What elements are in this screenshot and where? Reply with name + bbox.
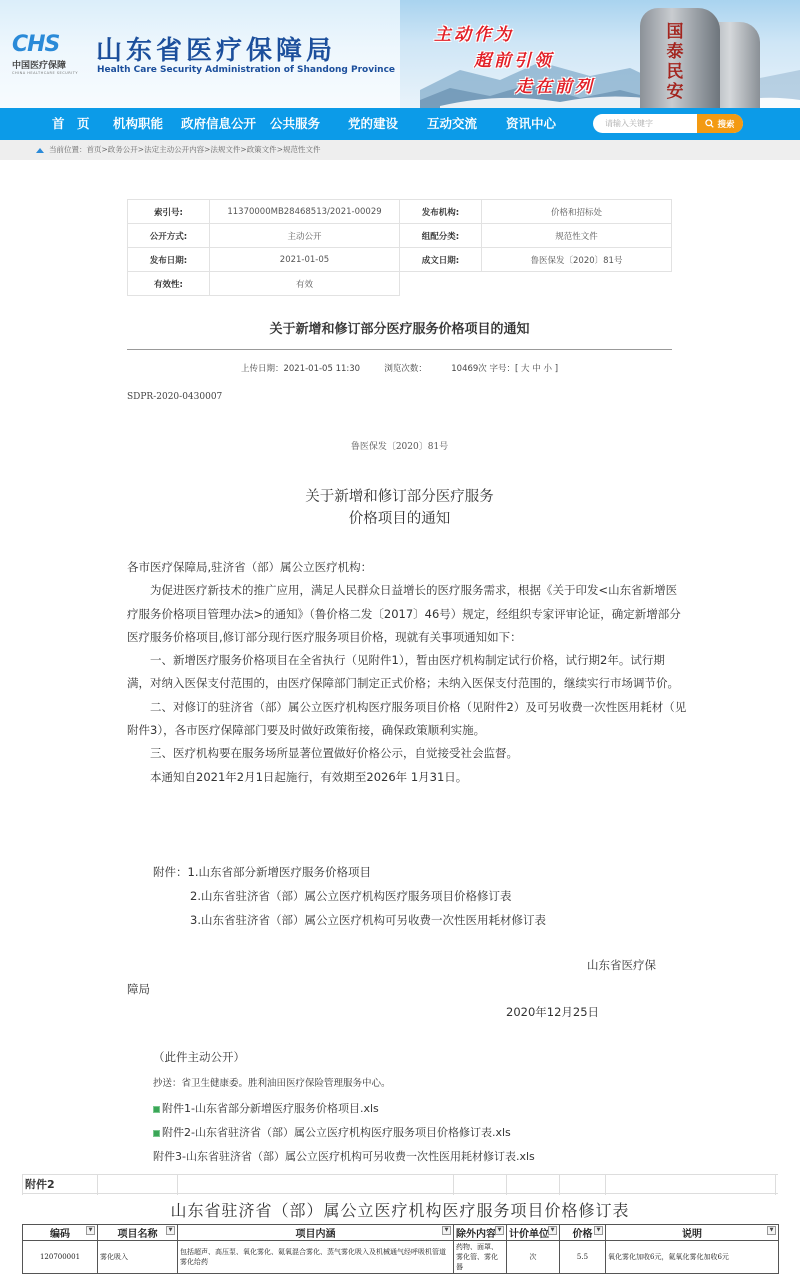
cell-content: 包括超声、高压泵、氧化雾化、氦氧混合雾化、蒸气雾化吸入及机械通气经呼吸机管道雾化… (178, 1241, 454, 1274)
article-body: 各市医疗保障局,驻济省（部）属公立医疗机构： 为促进医疗新技术的推广应用，满足人… (127, 556, 687, 789)
nav-item-party[interactable]: 党的建设 (348, 108, 398, 140)
info-value: 鲁医保发〔2020〕81号 (482, 248, 672, 272)
breadcrumb-gov-affairs[interactable]: 政务公开 (108, 140, 138, 160)
info-key: 成文日期: (400, 248, 482, 272)
search-button-label: 搜索 (717, 118, 734, 130)
info-value: 有效 (210, 272, 400, 296)
filter-dropdown-icon[interactable]: ▼ (86, 1226, 95, 1235)
grid-line (22, 1175, 23, 1195)
search-input[interactable] (593, 114, 697, 133)
filter-dropdown-icon[interactable]: ▼ (767, 1226, 776, 1235)
column-header-content: 项目内涵▼ (178, 1225, 454, 1241)
search-button[interactable]: 搜索 (697, 114, 743, 133)
document-heading: 关于新增和修订部分医疗服务 价格项目的通知 (127, 486, 672, 530)
file-link-label: 附件2-山东省驻济省（部）属公立医疗机构医疗服务项目价格修订表.xls (162, 1121, 511, 1145)
slogan-line-3: 走在前列 (515, 72, 595, 97)
table-row: 120700001 雾化吸入 包括超声、高压泵、氧化雾化、氦氧混合雾化、蒸气雾化… (23, 1241, 779, 1274)
xls-icon (153, 1130, 160, 1137)
file-downloads: 附件1-山东省部分新增医疗服务价格项目.xls 附件2-山东省驻济省（部）属公立… (153, 1097, 535, 1169)
table-header-row: 编码▼ 项目名称▼ 项目内涵▼ 除外内容▼ 计价单位▼ 价格▼ 说明▼ (23, 1225, 779, 1241)
font-size-medium-button[interactable]: 中 (532, 364, 541, 374)
info-value: 主动公开 (210, 224, 400, 248)
info-value: 11370000MB28468513/2021-00029 (210, 200, 400, 224)
xls-icon (153, 1106, 160, 1113)
logo-cn-text: 中国医疗保障 (12, 58, 80, 71)
breadcrumb-policy-docs[interactable]: 政策文件 (247, 140, 277, 160)
upload-date-value: 2021-01-05 11:30 (283, 364, 360, 374)
sheet-title: 山东省驻济省（部）属公立医疗机构医疗服务项目价格修订表 (22, 1198, 778, 1221)
paragraph: 一、新增医疗服务价格项目在全省执行（见附件1），暂由医疗机构制定试行价格，试行期… (127, 649, 687, 696)
column-header-code: 编码▼ (23, 1225, 98, 1241)
column-header-unit: 计价单位▼ (507, 1225, 560, 1241)
logo-mark: CHS (12, 34, 80, 56)
document-info-table: 索引号: 11370000MB28468513/2021-00029 发布机构:… (127, 199, 672, 296)
cc-line: 抄送：省卫生健康委。胜利油田医疗保险管理服务中心。 (153, 1075, 391, 1089)
info-row: 有效性: 有效 (128, 272, 672, 296)
sheet-attachment-label: 附件2 (25, 1176, 55, 1192)
info-value: 2021-01-05 (210, 248, 400, 272)
page-title: 关于新增和修订部分医疗服务价格项目的通知 (127, 318, 672, 337)
column-header-name: 项目名称▼ (98, 1225, 178, 1241)
salutation: 各市医疗保障局,驻济省（部）属公立医疗机构： (127, 556, 687, 579)
title-divider (127, 349, 672, 350)
chs-logo[interactable]: CHS 中国医疗保障 CHINA HEALTHCARE SECURITY (12, 34, 80, 76)
attachments-label: 附件： (153, 865, 188, 879)
breadcrumb-normative-docs[interactable]: 规范性文件 (283, 140, 321, 160)
breadcrumb: 当前位置： 首页 > 政务公开 > 法定主动公开内容 > 法规文件 > 政策文件… (36, 140, 320, 160)
filter-dropdown-icon[interactable]: ▼ (495, 1226, 504, 1235)
grid-line (97, 1175, 98, 1195)
sheet-grid-row (22, 1174, 778, 1194)
grid-line (506, 1175, 507, 1195)
column-header-note: 说明▼ (606, 1225, 779, 1241)
cell-code: 120700001 (23, 1241, 98, 1274)
info-key: 组配分类: (400, 224, 482, 248)
attachment-title: 1.山东省部分新增医疗服务价格项目 (188, 865, 371, 879)
logo-en-text: CHINA HEALTHCARE SECURITY (12, 71, 80, 75)
column-header-excluded: 除外内容▼ (454, 1225, 507, 1241)
site-subtitle: Health Care Security Administration of S… (97, 65, 395, 75)
upload-date-label: 上传日期： (241, 364, 284, 374)
info-value: 价格和招标处 (482, 200, 672, 224)
cell-excluded: 药物、面罩、雾化管、雾化器 (454, 1241, 507, 1274)
cell-name: 雾化吸入 (98, 1241, 178, 1274)
file-link-attachment-3[interactable]: 附件3-山东省驻济省（部）属公立医疗机构可另收费一次性医用耗材修订表.xls (153, 1145, 535, 1169)
grid-line (605, 1175, 606, 1195)
cell-note: 氧化雾化加收6元，氦氧化雾化加收6元 (606, 1241, 779, 1274)
info-key: 发布日期: (128, 248, 210, 272)
filter-dropdown-icon[interactable]: ▼ (548, 1226, 557, 1235)
signature-line-1: 山东省医疗保 (587, 957, 656, 973)
breadcrumb-regulations[interactable]: 法规文件 (210, 140, 240, 160)
view-count-label: 浏览次数： (384, 364, 427, 374)
paragraph: 三、医疗机构要在服务场所显著位置做好价格公示，自觉接受社会监督。 (127, 742, 687, 765)
nav-item-functions[interactable]: 机构职能 (113, 108, 163, 140)
grid-line (177, 1175, 178, 1195)
cell-price: 5.5 (560, 1241, 606, 1274)
spreadsheet-image: 附件2 山东省驻济省（部）属公立医疗机构医疗服务项目价格修订表 编码▼ 项目名称… (22, 1174, 778, 1276)
grid-line (453, 1175, 454, 1195)
heading-line-1: 关于新增和修订部分医疗服务 (127, 486, 672, 508)
rock-inscription: 国泰民安 (665, 22, 685, 102)
info-value: 规范性文件 (482, 224, 672, 248)
info-row: 索引号: 11370000MB28468513/2021-00029 发布机构:… (128, 200, 672, 224)
header-banner: 国泰民安 CHS 中国医疗保障 CHINA HEALTHCARE SECURIT… (0, 0, 800, 108)
price-revision-table: 编码▼ 项目名称▼ 项目内涵▼ 除外内容▼ 计价单位▼ 价格▼ 说明▼ 1207… (22, 1224, 779, 1274)
slogan-line-1: 主动作为 (434, 20, 514, 45)
filter-dropdown-icon[interactable]: ▼ (442, 1226, 451, 1235)
nav-item-home[interactable]: 首 页 (52, 108, 90, 140)
cell-unit: 次 (507, 1241, 560, 1274)
bracket: [ (515, 364, 518, 374)
breadcrumb-prefix: 当前位置： (49, 140, 87, 160)
paragraph: 本通知自2021年2月1日起施行，有效期至2026年 1月31日。 (127, 766, 687, 789)
document-number: 鲁医保发〔2020〕81号 (127, 439, 672, 452)
filter-dropdown-icon[interactable]: ▼ (594, 1226, 603, 1235)
attachment-item: 2.山东省驻济省（部）属公立医疗机构医疗服务项目价格修订表 (153, 884, 546, 908)
nav-item-public-service[interactable]: 公共服务 (270, 108, 320, 140)
nav-item-interaction[interactable]: 互动交流 (427, 108, 477, 140)
paragraph: 二、对修订的驻济省（部）属公立医疗机构医疗服务项目价格（见附件2）及可另收费一次… (127, 696, 687, 743)
search-icon (705, 119, 714, 128)
nav-item-gov-info[interactable]: 政府信息公开 (181, 108, 256, 140)
public-note: （此件主动公开） (153, 1049, 245, 1065)
font-size-small-button[interactable]: 小 (543, 364, 552, 374)
location-icon (36, 148, 44, 153)
attachment-item: 3.山东省驻济省（部）属公立医疗机构可另收费一次性医用耗材修订表 (153, 908, 546, 932)
slogan-line-2: 超前引领 (474, 46, 554, 71)
paragraph: 为促进医疗新技术的推广应用，满足人民群众日益增长的医疗服务需求，根据《关于印发<… (127, 579, 687, 649)
font-size-label: 字号： (490, 364, 516, 374)
column-header-price: 价格▼ (560, 1225, 606, 1241)
file-link-label: 附件1-山东省部分新增医疗服务价格项目.xls (162, 1097, 379, 1121)
breadcrumb-home[interactable]: 首页 (87, 140, 102, 160)
font-size-large-button[interactable]: 大 (521, 364, 530, 374)
view-count-value: 10469次 (451, 364, 487, 374)
site-title: 山东省医疗保障局 (96, 30, 336, 67)
breadcrumb-statutory-content[interactable]: 法定主动公开内容 (144, 140, 204, 160)
sdpr-code: SDPR-2020-0430007 (127, 392, 222, 402)
nav-item-news[interactable]: 资讯中心 (506, 108, 556, 140)
attachment-item: 附件：1.山东省部分新增医疗服务价格项目 (153, 860, 546, 884)
search-box: 搜索 (593, 114, 743, 133)
bracket: ] (555, 364, 558, 374)
info-key: 索引号: (128, 200, 210, 224)
signature-line-2: 障局 (127, 981, 150, 997)
info-empty-cell (400, 272, 672, 296)
info-key: 公开方式: (128, 224, 210, 248)
file-link-attachment-2[interactable]: 附件2-山东省驻济省（部）属公立医疗机构医疗服务项目价格修订表.xls (153, 1121, 535, 1145)
attachment-list: 附件：1.山东省部分新增医疗服务价格项目 2.山东省驻济省（部）属公立医疗机构医… (153, 860, 546, 932)
file-link-label: 附件3-山东省驻济省（部）属公立医疗机构可另收费一次性医用耗材修订表.xls (153, 1145, 535, 1169)
info-key: 发布机构: (400, 200, 482, 224)
info-row: 公开方式: 主动公开 组配分类: 规范性文件 (128, 224, 672, 248)
signature-date: 2020年12月25日 (506, 1004, 599, 1020)
info-key: 有效性: (128, 272, 210, 296)
article-meta: 上传日期：2021-01-05 11:30 浏览次数： 10469次 字号：[ … (127, 362, 672, 374)
file-link-attachment-1[interactable]: 附件1-山东省部分新增医疗服务价格项目.xls (153, 1097, 535, 1121)
info-row: 发布日期: 2021-01-05 成文日期: 鲁医保发〔2020〕81号 (128, 248, 672, 272)
heading-line-2: 价格项目的通知 (127, 508, 672, 530)
filter-dropdown-icon[interactable]: ▼ (166, 1226, 175, 1235)
grid-line (775, 1175, 776, 1195)
breadcrumb-bar: 当前位置： 首页 > 政务公开 > 法定主动公开内容 > 法规文件 > 政策文件… (0, 140, 800, 160)
grid-line (559, 1175, 560, 1195)
